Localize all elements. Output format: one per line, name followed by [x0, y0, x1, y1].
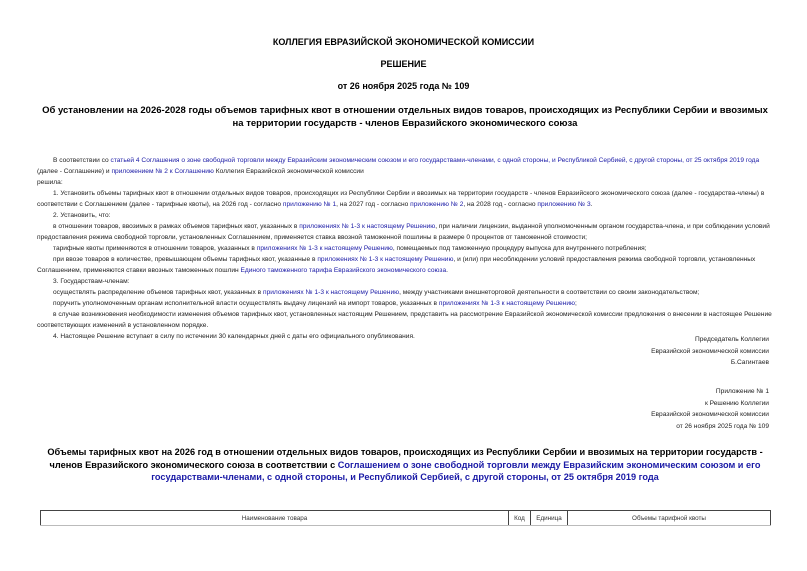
col-quota-volume: Объемы тарифной квоты — [568, 511, 771, 526]
text: , между участниками внешнеторговой деяте… — [399, 289, 699, 296]
appendix-ref-date: от 26 ноября 2025 года № 109 — [651, 421, 769, 433]
link-agreement-article-4[interactable]: статьей 4 Соглашения о зоне свободной то… — [111, 157, 760, 164]
text: . — [591, 201, 593, 208]
signatory-org: Евразийской экономической комиссии — [651, 346, 769, 358]
document-title: Об установлении на 2026-2028 годы объемо… — [40, 104, 770, 130]
text: при ввозе товаров в количестве, превышаю… — [53, 256, 317, 263]
appendix-ref-line: Евразийской экономической комиссии — [651, 409, 769, 421]
text: в отношении товаров, ввозимых в рамках о… — [53, 223, 299, 230]
paragraph-3a: осуществлять распределение объемов тариф… — [37, 287, 772, 298]
col-product-name: Наименование товара — [41, 511, 509, 526]
link-annex-1[interactable]: приложению № 1 — [283, 201, 336, 208]
doc-type: РЕШЕНИЕ — [0, 59, 807, 69]
text: осуществлять распределение объемов тариф… — [53, 289, 263, 296]
col-code: Код — [509, 511, 531, 526]
paragraph-2c: при ввозе товаров в количестве, превышаю… — [37, 254, 772, 276]
link-annex-3[interactable]: приложению № 3 — [537, 201, 590, 208]
text: поручить уполномоченным органам исполнит… — [53, 300, 439, 307]
text: Коллегия Евразийской экономической комис… — [214, 168, 364, 175]
doc-date: от 26 ноября 2025 года № 109 — [0, 81, 807, 91]
org-name: КОЛЛЕГИЯ ЕВРАЗИЙСКОЙ ЭКОНОМИЧЕСКОЙ КОМИС… — [0, 37, 807, 47]
link-annexes-1-3[interactable]: приложениях № 1-3 к настоящему Решению — [299, 223, 435, 230]
paragraph-3c: в случае возникновения необходимости изм… — [37, 309, 772, 331]
text: В соответствии со — [53, 157, 111, 164]
link-agreement-annex-2[interactable]: приложением № 2 к Соглашению — [111, 168, 213, 175]
text: , помещаемых под таможенную процедуру вы… — [393, 245, 647, 252]
decided: решила: — [37, 177, 772, 188]
paragraph-2b: тарифные квоты применяются в отношении т… — [37, 243, 772, 254]
paragraph-2-head: 2. Установить, что: — [37, 210, 772, 221]
paragraph-2a: в отношении товаров, ввозимых в рамках о… — [37, 221, 772, 243]
col-unit: Единица — [531, 511, 568, 526]
signatory-title: Председатель Коллегии — [651, 334, 769, 346]
table-header-row: Наименование товара Код Единица Объемы т… — [41, 511, 771, 526]
text: тарифные квоты применяются в отношении т… — [53, 245, 257, 252]
appendix-number: Приложение № 1 — [651, 386, 769, 398]
text: , на 2028 год - согласно — [463, 201, 537, 208]
appendix-title: Объемы тарифных квот на 2026 год в отнош… — [40, 446, 770, 484]
signatory-name: Б.Сагинтаев — [651, 357, 769, 369]
paragraph-1: 1. Установить объемы тарифных квот в отн… — [37, 188, 772, 210]
text: (далее - Соглашение) и — [37, 168, 111, 175]
preamble: В соответствии со статьей 4 Соглашения о… — [37, 155, 772, 177]
link-annexes-1-3[interactable]: приложениях № 1-3 к настоящему Решению — [263, 289, 399, 296]
link-common-customs-tariff[interactable]: Единого таможенного тарифа Евразийского … — [241, 267, 447, 274]
link-annexes-1-3[interactable]: приложениях № 1-3 к настоящему Решению — [439, 300, 575, 307]
appendix-ref-line: к Решению Коллегии — [651, 398, 769, 410]
appendix-reference: Приложение № 1 к Решению Коллегии Еврази… — [651, 386, 769, 432]
text: ; — [575, 300, 577, 307]
text: . — [446, 267, 448, 274]
link-annexes-1-3[interactable]: приложениях № 1-3 к настоящему Решению — [257, 245, 393, 252]
paragraph-3b: поручить уполномоченным органам исполнит… — [37, 298, 772, 309]
quota-table: Наименование товара Код Единица Объемы т… — [40, 510, 771, 526]
signature-block: Председатель Коллегии Евразийской эконом… — [651, 334, 769, 369]
document-body: В соответствии со статьей 4 Соглашения о… — [37, 155, 772, 342]
paragraph-3-head: 3. Государствам-членам: — [37, 276, 772, 287]
text: , на 2027 год - согласно — [336, 201, 410, 208]
link-annex-2[interactable]: приложению № 2 — [410, 201, 463, 208]
link-annexes-1-3[interactable]: приложениях № 1-3 к настоящему Решению — [317, 256, 453, 263]
